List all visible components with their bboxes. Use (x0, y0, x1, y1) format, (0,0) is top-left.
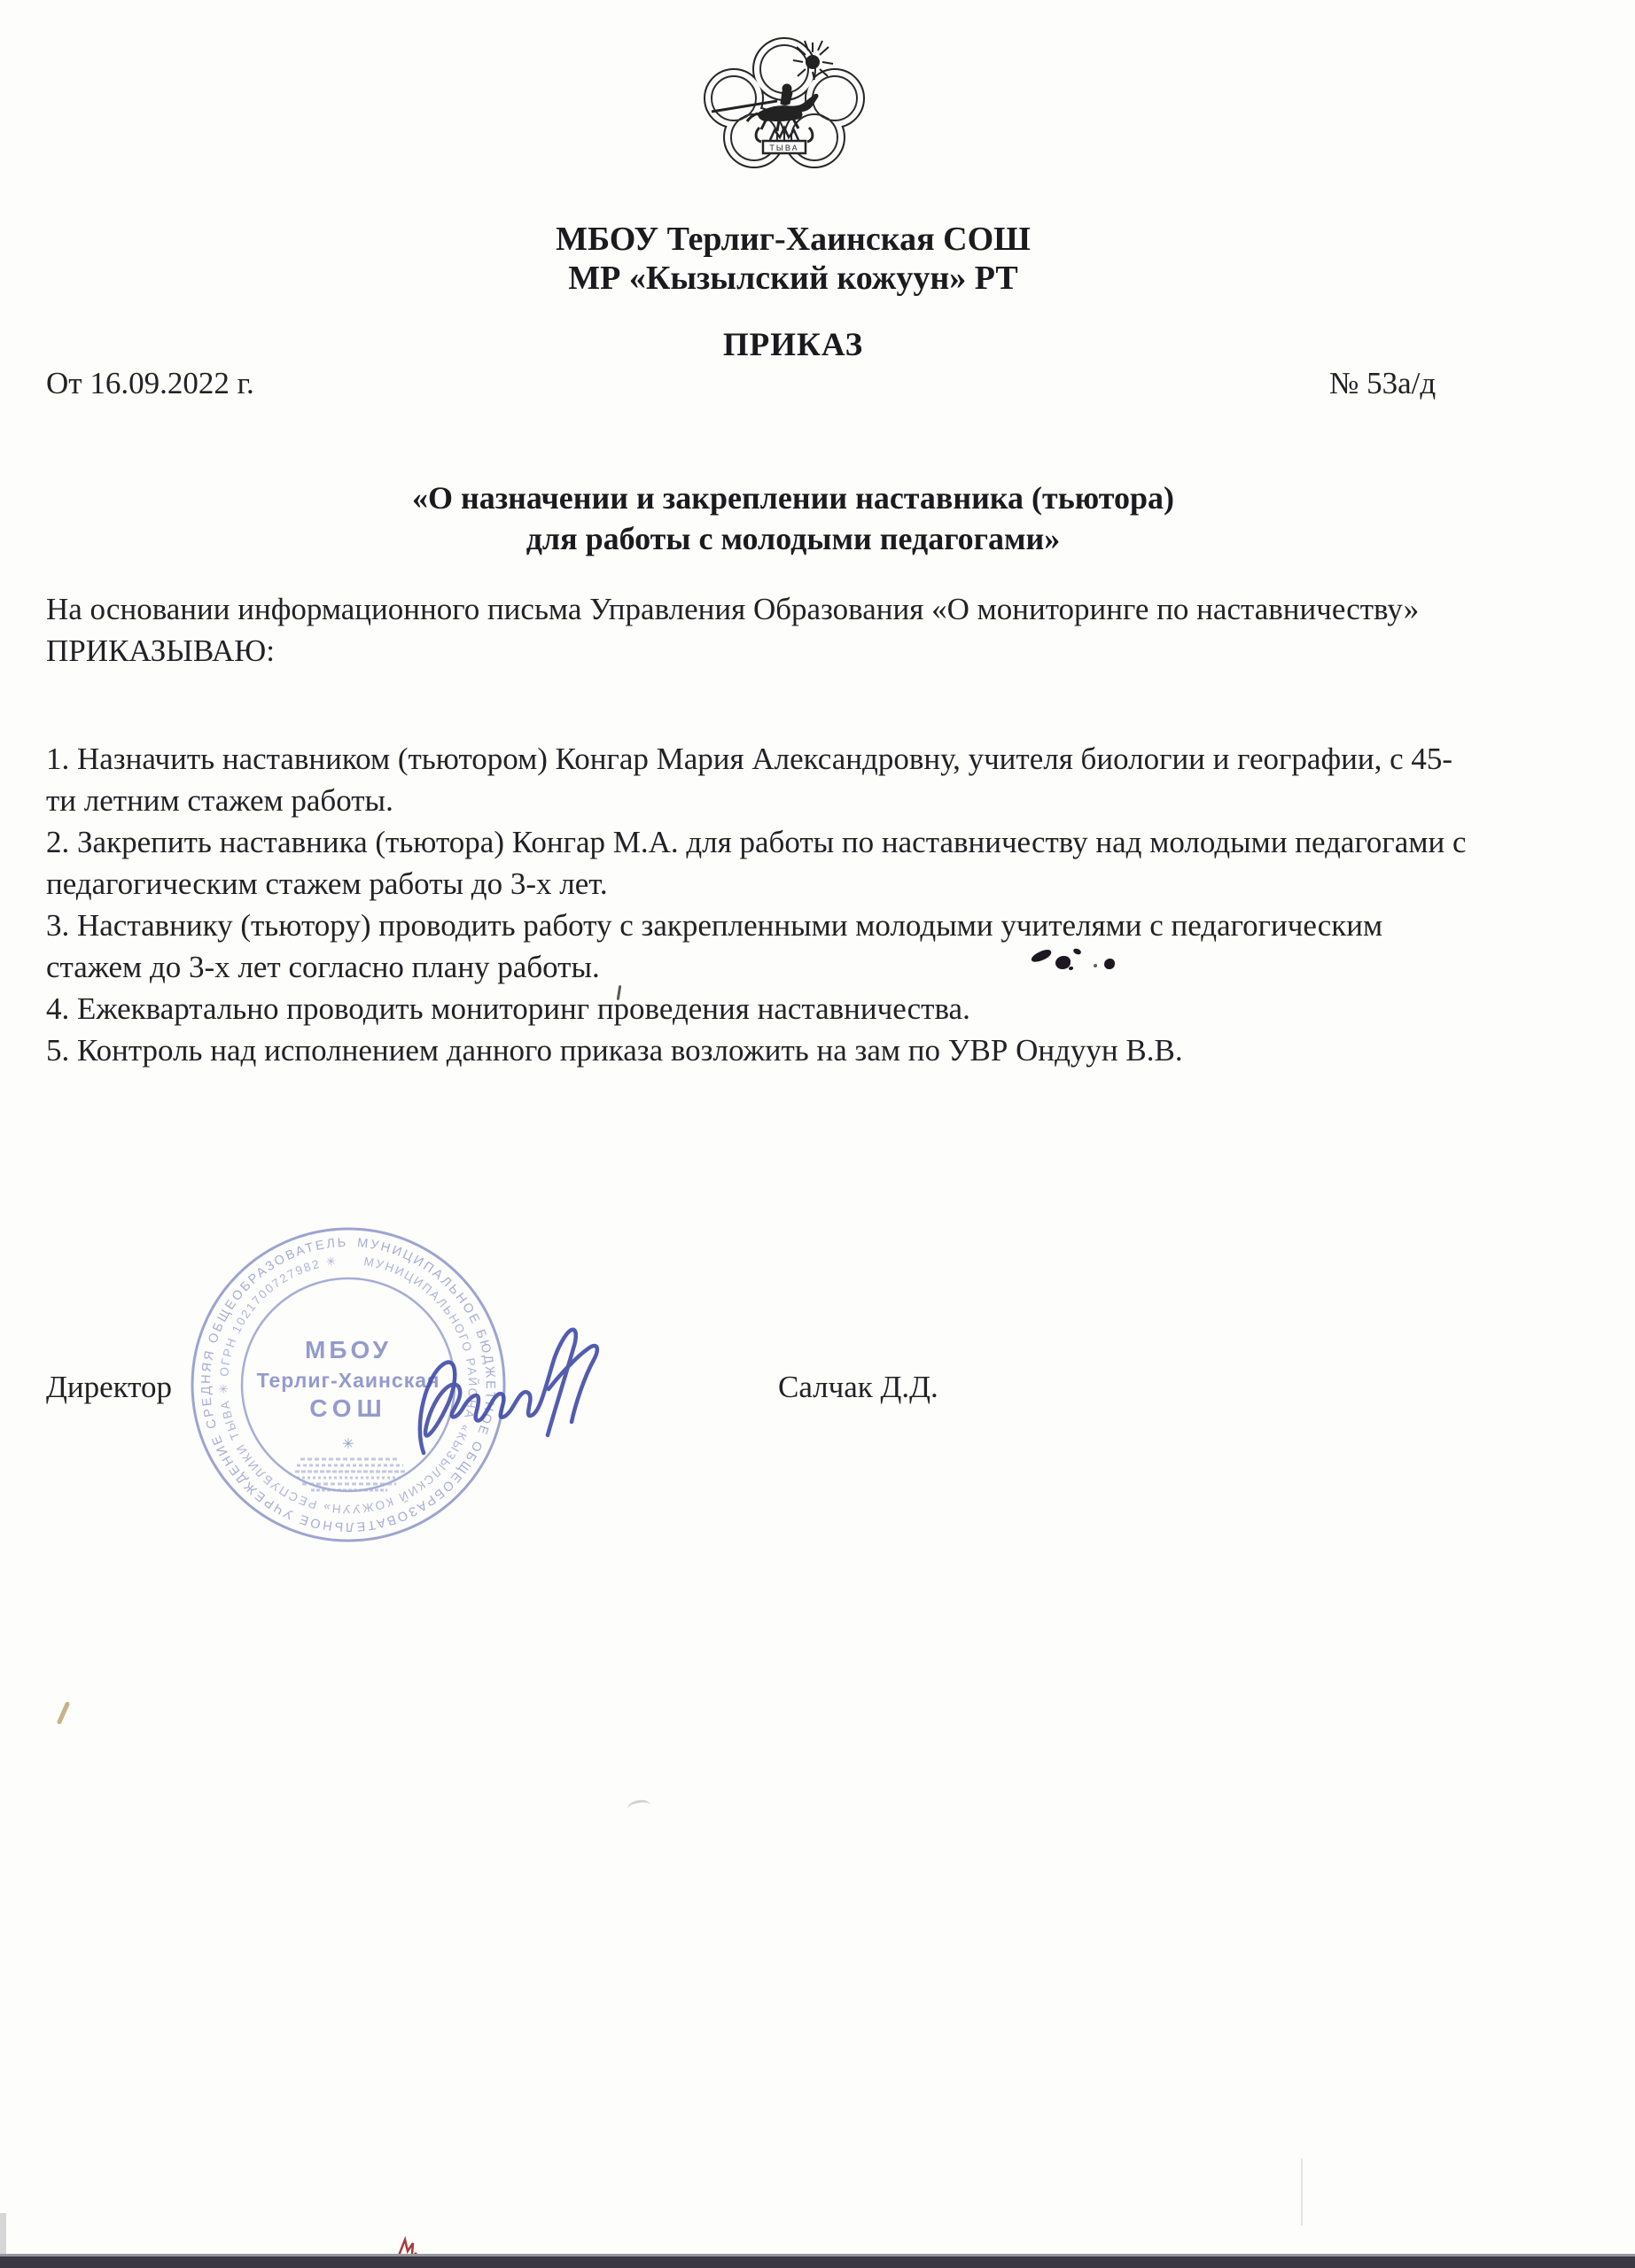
scan-edge-strip (0, 2256, 1635, 2268)
faint-pencil-curve (627, 1798, 651, 1815)
org-header: МБОУ Терлиг-Хаинская СОШ МР «Кызылский к… (0, 220, 1586, 298)
doc-subject: «О назначении и закреплении наставника (… (0, 478, 1586, 559)
scan-smudge (57, 1701, 71, 1725)
ink-blot (1104, 959, 1115, 969)
preamble-line1: На основании информационного письма Упра… (46, 588, 1419, 630)
order-line: ти летним стажем работы. (46, 780, 1466, 821)
order-line: педагогическим стажем работы до 3-х лет. (46, 863, 1466, 905)
doc-number: № 53а/д (1329, 366, 1436, 401)
order-line: 1. Назначить наставником (тьютором) Конг… (46, 738, 1466, 780)
order-line: 5. Контроль над исполнением данного прик… (46, 1029, 1466, 1071)
doc-subject-line2: для работы с молодыми педагогами» (0, 518, 1586, 559)
director-signature-ink (401, 1309, 640, 1469)
order-line: стажем до 3-х лет согласно плану работы. (46, 946, 1466, 988)
scan-edge-artifact (0, 2213, 6, 2254)
school-emblem-icon: ТЫВА (697, 35, 871, 183)
paper-crease (1301, 2158, 1303, 2225)
stamp-center-line1: МБОУ (305, 1336, 392, 1363)
doc-type-title: ПРИКАЗ (0, 328, 1586, 363)
stamp-center-line3: СОШ (309, 1394, 386, 1422)
org-name-line2: МР «Кызылский кожуун» РТ (0, 259, 1586, 298)
order-items: 1. Назначить наставником (тьютором) Конг… (46, 738, 1466, 1071)
preamble-line2: ПРИКАЗЫВАЮ: (46, 630, 1419, 672)
org-name-line1: МБОУ Терлиг-Хаинская СОШ (0, 220, 1586, 259)
emblem-banner-text: ТЫВА (769, 144, 798, 152)
order-line: 2. Закрепить наставника (тьютора) Конгар… (46, 821, 1466, 863)
ink-speck (1094, 964, 1097, 967)
doc-preamble: На основании информационного письма Упра… (46, 588, 1419, 672)
stamp-star: ✳ (342, 1437, 354, 1452)
order-line: 4. Ежеквартально проводить мониторинг пр… (46, 988, 1466, 1029)
signature-name: Салчак Д.Д. (778, 1370, 938, 1405)
doc-subject-line1: «О назначении и закреплении наставника (… (0, 478, 1586, 518)
scanned-order-document: ТЫВА МБОУ Терлиг-Хаинская СОШ МР «Кызылс… (0, 0, 1635, 2268)
doc-date: От 16.09.2022 г. (46, 366, 254, 401)
ink-speck (1069, 967, 1073, 970)
signature-role: Директор (46, 1370, 172, 1405)
order-line: 3. Наставнику (тьютору) проводить работу… (46, 905, 1466, 946)
